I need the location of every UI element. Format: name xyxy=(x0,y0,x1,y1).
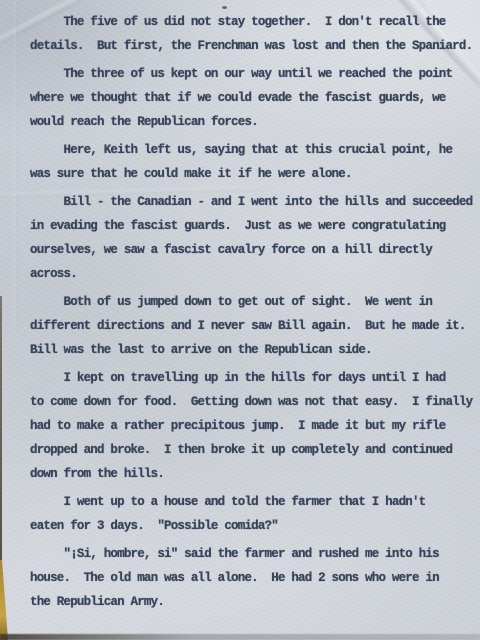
text-line: where we thought that if we could evade … xyxy=(30,86,480,110)
text-line: down from the hills. xyxy=(30,462,480,486)
paragraph-1: The five of us did not stay together. I … xyxy=(30,10,480,58)
paragraph-6: I kept on travelling up in the hills for… xyxy=(30,366,480,486)
text-line: to come down for food. Getting down was … xyxy=(30,390,480,414)
paragraph-3: Here, Keith left us, saying that at this… xyxy=(30,138,480,186)
document-text: The five of us did not stay together. I … xyxy=(30,10,480,618)
text-line: eaten for 3 days. "Possible comida?" xyxy=(30,514,480,538)
text-line: details. But first, the Frenchman was lo… xyxy=(30,34,480,58)
paragraph-7: I went up to a house and told the farmer… xyxy=(30,490,480,538)
text-line: had to make a rather precipitous jump. I… xyxy=(30,414,480,438)
paragraph-5: Both of us jumped down to get out of sig… xyxy=(30,290,480,362)
text-line: I kept on travelling up in the hills for… xyxy=(30,366,480,390)
text-line: different directions and I never saw Bil… xyxy=(30,314,480,338)
text-line: The three of us kept on our way until we… xyxy=(30,62,480,86)
text-line: dropped and broke. I then broke it up co… xyxy=(30,438,480,462)
paragraph-4: Bill - the Canadian - and I went into th… xyxy=(30,190,480,286)
text-line: ourselves, we saw a fascist cavalry forc… xyxy=(30,238,480,262)
dust-speck xyxy=(222,6,227,9)
text-line: would reach the Republican forces. xyxy=(30,110,480,134)
text-line: Bill - the Canadian - and I went into th… xyxy=(30,190,480,214)
photo-edge-bottom-shadow xyxy=(0,634,480,640)
typewritten-page: The five of us did not stay together. I … xyxy=(0,0,480,640)
paragraph-8: "¡Si, hombre, si" said the farmer and ru… xyxy=(30,542,480,614)
photo-edge-left xyxy=(0,296,2,576)
text-line: Here, Keith left us, saying that at this… xyxy=(30,138,480,162)
paragraph-2: The three of us kept on our way until we… xyxy=(30,62,480,134)
table-edge-corner xyxy=(0,560,10,640)
text-line: was sure that he could make it if he wer… xyxy=(30,162,480,186)
text-line: The five of us did not stay together. I … xyxy=(30,10,480,34)
text-line: Bill was the last to arrive on the Repub… xyxy=(30,338,480,362)
text-line: I went up to a house and told the farmer… xyxy=(30,490,480,514)
text-line: house. The old man was all alone. He had… xyxy=(30,566,480,590)
paper-crease-left xyxy=(14,0,17,330)
text-line: across. xyxy=(30,262,480,286)
text-line: in evading the fascist guards. Just as w… xyxy=(30,214,480,238)
text-line: "¡Si, hombre, si" said the farmer and ru… xyxy=(30,542,480,566)
text-line: the Republican Army. xyxy=(30,590,480,614)
text-line: Both of us jumped down to get out of sig… xyxy=(30,290,480,314)
